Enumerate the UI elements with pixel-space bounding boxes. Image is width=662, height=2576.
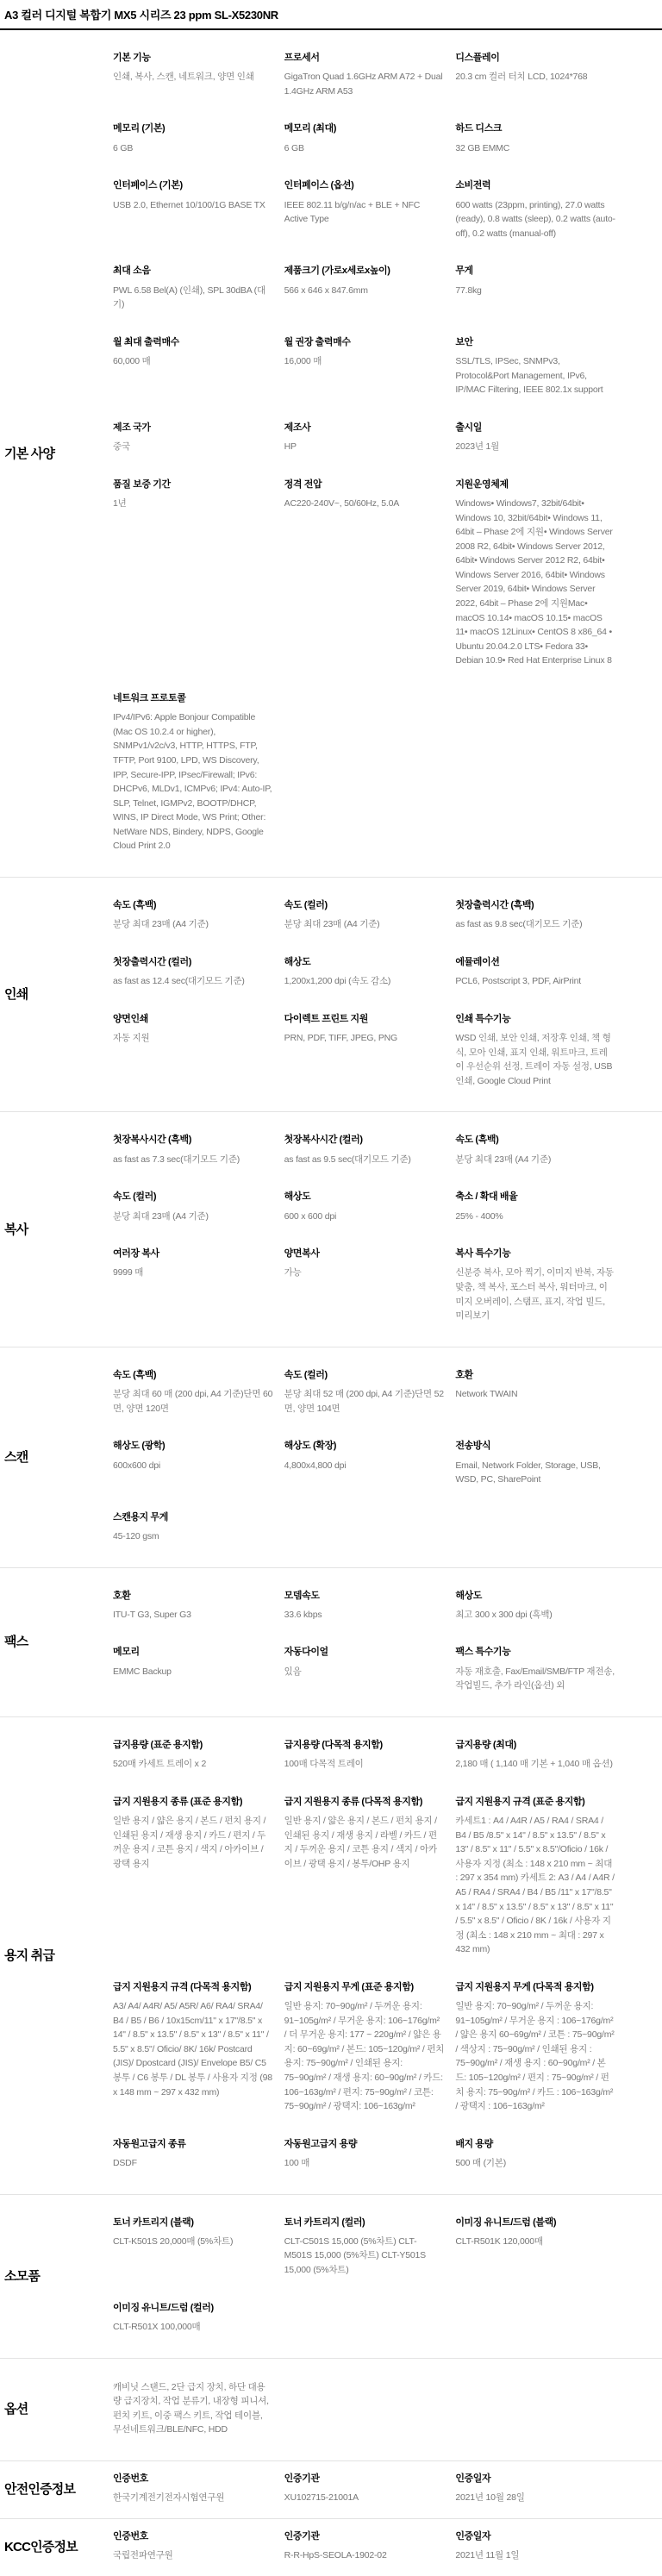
spec-row: 급지용량 (표준 용지함)520매 카세트 트레이 x 2급지용량 (다목적 용… bbox=[113, 1739, 615, 1772]
spec-label: 인쇄 특수기능 bbox=[455, 1013, 615, 1025]
spec-row: 인증번호한국기계전기전자시험연구원인증기관XU102715-21001A인증일자… bbox=[113, 2473, 615, 2505]
section-content-paper-handling: 급지용량 (표준 용지함)520매 카세트 트레이 x 2급지용량 (다목적 용… bbox=[113, 1739, 662, 2171]
spec-item: 정격 전압AC220-240V~, 50/60Hz, 5.0A bbox=[284, 478, 445, 668]
spec-value: 6 GB bbox=[284, 141, 445, 156]
spec-row: 자동원고급지 종류DSDF자동원고급지 용량100 매배지 용량500 매 (기… bbox=[113, 2138, 615, 2171]
section-title-scan: 스캔 bbox=[0, 1447, 113, 1466]
page-title: A3 컬러 디지털 복합기 MX5 시리즈 23 ppm SL-X5230NR bbox=[4, 6, 657, 22]
spec-label: 제조 국가 bbox=[113, 422, 273, 434]
spec-value: HP bbox=[284, 440, 445, 454]
spec-value: 분당 최대 52 매 (200 dpi, A4 기준)단면 52 면, 양면 1… bbox=[284, 1387, 445, 1416]
spec-row: 품질 보증 기간1년정격 전압AC220-240V~, 50/60Hz, 5.0… bbox=[113, 478, 615, 668]
spec-item: 디스플레이20.3 cm 컬러 터치 LCD, 1024*768 bbox=[455, 52, 615, 98]
spec-value: 2,180 매 ( 1,140 매 기본 + 1,040 매 옵션) bbox=[455, 1757, 615, 1772]
spec-label: 정격 전압 bbox=[284, 478, 445, 491]
spec-item: 첫장출력시간 (흑백)as fast as 9.8 sec(대기모드 기준) bbox=[455, 899, 615, 932]
spec-value: 520매 카세트 트레이 x 2 bbox=[113, 1757, 273, 1772]
spec-label: 복사 특수기능 bbox=[455, 1247, 615, 1260]
spec-item: 인터페이스 (기본)USB 2.0, Ethernet 10/100/1G BA… bbox=[113, 179, 273, 241]
spec-item: 급지용량 (다목적 용지함)100매 다목적 트레이 bbox=[284, 1739, 445, 1772]
spec-label: 인증번호 bbox=[113, 2473, 273, 2485]
spec-label: 메모리 bbox=[113, 1646, 273, 1658]
spec-value: 25% - 400% bbox=[455, 1210, 615, 1224]
spec-item: 속도 (흑백)분당 최대 23매 (A4 기준) bbox=[113, 899, 273, 932]
spec-label: 인증번호 bbox=[113, 2530, 273, 2542]
spec-value: 있음 bbox=[284, 1665, 445, 1679]
spec-item: 지원운영체제Windows• Windows7, 32bit/64bit• Wi… bbox=[455, 478, 615, 668]
spec-label: 보안 bbox=[455, 336, 615, 348]
spec-item: 캐비닛 스탠드, 2단 급지 장치, 하단 대용량 급지장치, 작업 분류기, … bbox=[113, 2380, 273, 2437]
spec-label: 급지 지원용지 종류 (다목적 용지함) bbox=[284, 1796, 445, 1808]
spec-item: 자동원고급지 용량100 매 bbox=[284, 2138, 445, 2171]
spec-label: 급지 지원용지 종류 (표준 용지함) bbox=[113, 1796, 273, 1808]
spec-item: 에뮬레이션PCL6, Postscript 3, PDF, AirPrint bbox=[455, 956, 615, 989]
spec-value: ITU-T G3, Super G3 bbox=[113, 1608, 273, 1623]
spec-value: GigaTron Quad 1.6GHz ARM A72 + Dual 1.4G… bbox=[284, 70, 445, 98]
spec-label: 첫장복사시간 (흑백) bbox=[113, 1134, 273, 1146]
spec-label: 지원운영체제 bbox=[455, 478, 615, 491]
spec-label: 자동원고급지 용량 bbox=[284, 2138, 445, 2150]
spec-value: SSL/TLS, IPSec, SNMPv3, Protocol&Port Ma… bbox=[455, 354, 615, 397]
section-scan: 스캔속도 (흑백)분당 최대 60 매 (200 dpi, A4 기준)단면 6… bbox=[0, 1347, 662, 1567]
spec-item: 급지용량 (표준 용지함)520매 카세트 트레이 x 2 bbox=[113, 1739, 273, 1772]
spec-value: 국립전파연구원 bbox=[113, 2548, 273, 2563]
spec-value: 일반 용지: 70~90g/m² / 두꺼운 용지: 91~105g/m² / … bbox=[455, 1999, 615, 2114]
section-title-paper-handling: 용지 취급 bbox=[0, 1946, 113, 1964]
spec-value: 한국기계전기전자시험연구원 bbox=[113, 2491, 273, 2505]
spec-label: 호환 bbox=[113, 1590, 273, 1602]
spec-value: R-R-HpS-SEOLA-1902-02 bbox=[284, 2548, 445, 2563]
spec-value: 32 GB EMMC bbox=[455, 141, 615, 156]
spec-value: as fast as 9.5 sec(대기모드 기준) bbox=[284, 1153, 445, 1167]
spec-label: 해상도 bbox=[284, 956, 445, 968]
spec-label: 다이렉트 프린트 지원 bbox=[284, 1013, 445, 1025]
spec-value: 100 매 bbox=[284, 2156, 445, 2171]
spec-label: 급지 지원용지 무게 (표준 용지함) bbox=[284, 1981, 445, 1993]
spec-item: 출시일2023년 1월 bbox=[455, 422, 615, 454]
spec-value: 600 watts (23ppm, printing), 27.0 watts … bbox=[455, 198, 615, 241]
section-content-fax: 호환ITU-T G3, Super G3모뎀속도33.6 kbps해상도최고 3… bbox=[113, 1590, 662, 1693]
spec-value: XU102715-21001A bbox=[284, 2491, 445, 2505]
spec-item: 제조 국가중국 bbox=[113, 422, 273, 454]
section-title-fax: 팩스 bbox=[0, 1632, 113, 1650]
spec-value: IEEE 802.11 b/g/n/ac + BLE + NFC Active … bbox=[284, 198, 445, 227]
spec-label: 첫장출력시간 (흑백) bbox=[455, 899, 615, 911]
spec-value: DSDF bbox=[113, 2156, 273, 2171]
spec-label: 스캔용지 무게 bbox=[113, 1511, 273, 1523]
spec-value: as fast as 7.3 sec(대기모드 기준) bbox=[113, 1153, 273, 1167]
spec-item: 급지 지원용지 규격 (다목적 용지함)A3/ A4/ A4R/ A5/ A5R… bbox=[113, 1981, 273, 2114]
section-content-basic-specs: 기본 기능인쇄, 복사, 스캔, 네트워크, 양면 인쇄프로세서GigaTron… bbox=[113, 52, 662, 853]
spec-item: 속도 (컬러)분당 최대 23매 (A4 기준) bbox=[284, 899, 445, 932]
spec-item: 속도 (흑백)분당 최대 23매 (A4 기준) bbox=[455, 1134, 615, 1166]
spec-item: 다이렉트 프린트 지원PRN, PDF, TIFF, JPEG, PNG bbox=[284, 1013, 445, 1089]
section-fax: 팩스호환ITU-T G3, Super G3모뎀속도33.6 kbps해상도최고… bbox=[0, 1567, 662, 1716]
spec-label: 제조사 bbox=[284, 422, 445, 434]
spec-value: 가능 bbox=[284, 1266, 445, 1280]
spec-item: 축소 / 확대 배율25% - 400% bbox=[455, 1191, 615, 1223]
spec-value: 신분증 복사, 모아 찍기, 이미지 반복, 자동 맞춤, 책 복사, 포스터 … bbox=[455, 1266, 615, 1322]
section-content-kcc-cert: 인증번호국립전파연구원인증기관R-R-HpS-SEOLA-1902-02인증일자… bbox=[113, 2530, 662, 2563]
spec-label: 속도 (컬러) bbox=[284, 899, 445, 911]
spec-item: 보안SSL/TLS, IPSec, SNMPv3, Protocol&Port … bbox=[455, 336, 615, 397]
spec-item: 급지 지원용지 규격 (표준 용지함)카세트1 : A4 / A4R / A5 … bbox=[455, 1796, 615, 1957]
spec-label: 해상도 (광학) bbox=[113, 1440, 273, 1452]
spec-value: 분당 최대 23매 (A4 기준) bbox=[113, 917, 273, 932]
spec-row: 첫장복사시간 (흑백)as fast as 7.3 sec(대기모드 기준)첫장… bbox=[113, 1134, 615, 1166]
spec-row: 메모리EMMC Backup자동다이얼있음팩스 특수기능자동 재호출, Fax/… bbox=[113, 1646, 615, 1692]
spec-item: 자동원고급지 종류DSDF bbox=[113, 2138, 273, 2171]
spec-label: 토너 카트리지 (컬러) bbox=[284, 2216, 445, 2229]
spec-value: Windows• Windows7, 32bit/64bit• Windows … bbox=[455, 497, 615, 668]
spec-label: 소비전력 bbox=[455, 179, 615, 191]
section-title-safety-cert: 안전인증정보 bbox=[0, 2479, 113, 2498]
spec-value: 2021년 11월 1일 bbox=[455, 2548, 615, 2563]
spec-item: 최대 소음PWL 6.58 Bel(A) (인쇄), SPL 30dBA (대기… bbox=[113, 265, 273, 311]
spec-row: 속도 (흑백)분당 최대 60 매 (200 dpi, A4 기준)단면 60 … bbox=[113, 1369, 615, 1416]
spec-row: 메모리 (기본)6 GB메모리 (최대)6 GB하드 디스크32 GB EMMC bbox=[113, 122, 615, 155]
spec-value: 캐비닛 스탠드, 2단 급지 장치, 하단 대용량 급지장치, 작업 분류기, … bbox=[113, 2380, 273, 2437]
spec-item: 무게77.8kg bbox=[455, 265, 615, 311]
spec-item: 월 권장 출력매수16,000 매 bbox=[284, 336, 445, 397]
spec-value: 2021년 10월 28일 bbox=[455, 2491, 615, 2505]
spec-value: 4,800x4,800 dpi bbox=[284, 1459, 445, 1473]
spec-label: 메모리 (최대) bbox=[284, 122, 445, 134]
spec-label: 이미징 유니트/드럼 (블랙) bbox=[455, 2216, 615, 2229]
spec-item: 해상도1,200x1,200 dpi (속도 감소) bbox=[284, 956, 445, 989]
spec-value: CLT-K501S 20,000매 (5%차트) bbox=[113, 2235, 273, 2249]
section-content-scan: 속도 (흑백)분당 최대 60 매 (200 dpi, A4 기준)단면 60 … bbox=[113, 1369, 662, 1544]
spec-item: 급지 지원용지 무게 (표준 용지함)일반 용지: 70~90g/m² / 두꺼… bbox=[284, 1981, 445, 2114]
spec-item: 호환ITU-T G3, Super G3 bbox=[113, 1590, 273, 1623]
spec-item: 양면인쇄자동 지원 bbox=[113, 1013, 273, 1089]
spec-row: 여러장 복사9999 매양면복사가능복사 특수기능신분증 복사, 모아 찍기, … bbox=[113, 1247, 615, 1323]
spec-value: Email, Network Folder, Storage, USB, WSD… bbox=[455, 1459, 615, 1487]
section-content-consumables: 토너 카트리지 (블랙)CLT-K501S 20,000매 (5%차트)토너 카… bbox=[113, 2216, 662, 2335]
spec-label: 기본 기능 bbox=[113, 52, 273, 64]
spec-item: 품질 보증 기간1년 bbox=[113, 478, 273, 668]
spec-value: AC220-240V~, 50/60Hz, 5.0A bbox=[284, 497, 445, 511]
spec-label: 속도 (컬러) bbox=[113, 1191, 273, 1203]
section-title-print: 인쇄 bbox=[0, 985, 113, 1003]
spec-row: 이미징 유니트/드럼 (컬러)CLT-R501X 100,000매 bbox=[113, 2302, 615, 2335]
spec-row: 토너 카트리지 (블랙)CLT-K501S 20,000매 (5%차트)토너 카… bbox=[113, 2216, 615, 2278]
spec-label: 급지 지원용지 규격 (표준 용지함) bbox=[455, 1796, 615, 1808]
spec-label: 양면복사 bbox=[284, 1247, 445, 1260]
spec-label: 인터페이스 (옵션) bbox=[284, 179, 445, 191]
spec-value: 분당 최대 60 매 (200 dpi, A4 기준)단면 60 면, 양면 1… bbox=[113, 1387, 273, 1416]
spec-value: 분당 최대 23매 (A4 기준) bbox=[455, 1153, 615, 1167]
spec-item: 양면복사가능 bbox=[284, 1247, 445, 1323]
section-title-options: 옵션 bbox=[0, 2399, 113, 2417]
spec-label: 첫장출력시간 (컬러) bbox=[113, 956, 273, 968]
spec-value: CLT-C501S 15,000 (5%차트) CLT-M501S 15,000… bbox=[284, 2235, 445, 2278]
spec-item: 속도 (컬러)분당 최대 52 매 (200 dpi, A4 기준)단면 52 … bbox=[284, 1369, 445, 1416]
spec-value: 33.6 kbps bbox=[284, 1608, 445, 1623]
spec-label: 급지용량 (표준 용지함) bbox=[113, 1739, 273, 1751]
spec-row: 네트워크 프로토콜IPv4/IPv6: Apple Bonjour Compat… bbox=[113, 692, 615, 853]
spec-label: 해상도 bbox=[284, 1191, 445, 1203]
spec-row: 해상도 (광학)600x600 dpi해상도 (확장)4,800x4,800 d… bbox=[113, 1440, 615, 1486]
spec-item: 메모리 (기본)6 GB bbox=[113, 122, 273, 155]
spec-item: 속도 (컬러)분당 최대 23매 (A4 기준) bbox=[113, 1191, 273, 1223]
spec-value: 600 x 600 dpi bbox=[284, 1210, 445, 1224]
spec-value: 자동 재호출, Fax/Email/SMB/FTP 재전송, 작업빌드, 추가 … bbox=[455, 1665, 615, 1693]
spec-item: 모뎀속도33.6 kbps bbox=[284, 1590, 445, 1623]
spec-row: 속도 (흑백)분당 최대 23매 (A4 기준)속도 (컬러)분당 최대 23매… bbox=[113, 899, 615, 932]
spec-row: 호환ITU-T G3, Super G3모뎀속도33.6 kbps해상도최고 3… bbox=[113, 1590, 615, 1623]
spec-page: A3 컬러 디지털 복합기 MX5 시리즈 23 ppm SL-X5230NR … bbox=[0, 0, 662, 2576]
spec-value: WSD 인쇄, 보안 인쇄, 저장후 인쇄, 책 형식, 모아 인쇄, 표지 인… bbox=[455, 1031, 615, 1088]
spec-item: 월 최대 출력매수60,000 매 bbox=[113, 336, 273, 397]
spec-value: 분당 최대 23매 (A4 기준) bbox=[113, 1210, 273, 1224]
spec-value: 인쇄, 복사, 스캔, 네트워크, 양면 인쇄 bbox=[113, 70, 273, 84]
spec-value: 16,000 매 bbox=[284, 354, 445, 369]
spec-row: 첫장출력시간 (컬러)as fast as 12.4 sec(대기모드 기준)해… bbox=[113, 956, 615, 989]
spec-label: 프로세서 bbox=[284, 52, 445, 64]
spec-label: 자동다이얼 bbox=[284, 1646, 445, 1658]
spec-value: 중국 bbox=[113, 440, 273, 454]
section-title-kcc-cert: KCC인증정보 bbox=[0, 2537, 113, 2555]
spec-item: 네트워크 프로토콜IPv4/IPv6: Apple Bonjour Compat… bbox=[113, 692, 273, 853]
spec-label: 첫장복사시간 (컬러) bbox=[284, 1134, 445, 1146]
spec-value: A3/ A4/ A4R/ A5/ A5R/ A6/ RA4/ SRA4/ B4 … bbox=[113, 1999, 273, 2099]
spec-label: 출시일 bbox=[455, 422, 615, 434]
spec-label: 최대 소음 bbox=[113, 265, 273, 277]
spec-row: 기본 기능인쇄, 복사, 스캔, 네트워크, 양면 인쇄프로세서GigaTron… bbox=[113, 52, 615, 98]
spec-item: 이미징 유니트/드럼 (컬러)CLT-R501X 100,000매 bbox=[113, 2302, 273, 2335]
spec-value: USB 2.0, Ethernet 10/100/1G BASE TX bbox=[113, 198, 273, 213]
spec-row: 스캔용지 무게45-120 gsm bbox=[113, 1511, 615, 1544]
spec-value: 566 x 646 x 847.6mm bbox=[284, 284, 445, 298]
spec-item: 인증일자2021년 11월 1일 bbox=[455, 2530, 615, 2563]
spec-row: 월 최대 출력매수60,000 매월 권장 출력매수16,000 매보안SSL/… bbox=[113, 336, 615, 397]
spec-value: 1,200x1,200 dpi (속도 감소) bbox=[284, 974, 445, 989]
spec-value: as fast as 9.8 sec(대기모드 기준) bbox=[455, 917, 615, 932]
spec-row: 최대 소음PWL 6.58 Bel(A) (인쇄), SPL 30dBA (대기… bbox=[113, 265, 615, 311]
spec-item: 해상도 (광학)600x600 dpi bbox=[113, 1440, 273, 1486]
spec-table: 기본 사양기본 기능인쇄, 복사, 스캔, 네트워크, 양면 인쇄프로세서Gig… bbox=[0, 30, 662, 2576]
spec-label: 인증기관 bbox=[284, 2530, 445, 2542]
spec-row: 인증번호국립전파연구원인증기관R-R-HpS-SEOLA-1902-02인증일자… bbox=[113, 2530, 615, 2563]
spec-item: 급지용량 (최대)2,180 매 ( 1,140 매 기본 + 1,040 매 … bbox=[455, 1739, 615, 1772]
spec-label: 급지용량 (최대) bbox=[455, 1739, 615, 1751]
spec-row: 속도 (컬러)분당 최대 23매 (A4 기준)해상도600 x 600 dpi… bbox=[113, 1191, 615, 1223]
section-content-options: 캐비닛 스탠드, 2단 급지 장치, 하단 대용량 급지장치, 작업 분류기, … bbox=[113, 2380, 662, 2437]
spec-label: 해상도 bbox=[455, 1590, 615, 1602]
spec-item: 소비전력600 watts (23ppm, printing), 27.0 wa… bbox=[455, 179, 615, 241]
section-title-copy: 복사 bbox=[0, 1220, 113, 1238]
spec-item: 여러장 복사9999 매 bbox=[113, 1247, 273, 1323]
section-options: 옵션캐비닛 스탠드, 2단 급지 장치, 하단 대용량 급지장치, 작업 분류기… bbox=[0, 2358, 662, 2460]
spec-item: 토너 카트리지 (블랙)CLT-K501S 20,000매 (5%차트) bbox=[113, 2216, 273, 2278]
spec-item: 속도 (흑백)분당 최대 60 매 (200 dpi, A4 기준)단면 60 … bbox=[113, 1369, 273, 1416]
spec-item: 인증기관XU102715-21001A bbox=[284, 2473, 445, 2505]
spec-value: 1년 bbox=[113, 497, 273, 511]
spec-value: 카세트1 : A4 / A4R / A5 / RA4 / SRA4 / B4 /… bbox=[455, 1814, 615, 1957]
spec-value: PCL6, Postscript 3, PDF, AirPrint bbox=[455, 974, 615, 989]
spec-item: 기본 기능인쇄, 복사, 스캔, 네트워크, 양면 인쇄 bbox=[113, 52, 273, 98]
spec-item: 인증기관R-R-HpS-SEOLA-1902-02 bbox=[284, 2530, 445, 2563]
spec-label: 이미징 유니트/드럼 (컬러) bbox=[113, 2302, 273, 2314]
spec-value: 600x600 dpi bbox=[113, 1459, 273, 1473]
spec-item: 제조사HP bbox=[284, 422, 445, 454]
spec-value: Network TWAIN bbox=[455, 1387, 615, 1402]
spec-label: 축소 / 확대 배율 bbox=[455, 1191, 615, 1203]
spec-value: 최고 300 x 300 dpi (흑백) bbox=[455, 1608, 615, 1623]
spec-row: 인터페이스 (기본)USB 2.0, Ethernet 10/100/1G BA… bbox=[113, 179, 615, 241]
spec-label: 제품크기 (가로x세로x높이) bbox=[284, 265, 445, 277]
spec-value: 2023년 1월 bbox=[455, 440, 615, 454]
spec-label: 속도 (흑백) bbox=[455, 1134, 615, 1146]
spec-item: 첫장복사시간 (컬러)as fast as 9.5 sec(대기모드 기준) bbox=[284, 1134, 445, 1166]
spec-label: 모뎀속도 bbox=[284, 1590, 445, 1602]
spec-label: 인터페이스 (기본) bbox=[113, 179, 273, 191]
spec-value: IPv4/IPv6: Apple Bonjour Compatible (Mac… bbox=[113, 710, 273, 853]
spec-row: 급지 지원용지 종류 (표준 용지함)일반 용지 / 얇은 용지 / 본드 / … bbox=[113, 1796, 615, 1957]
spec-label: 속도 (흑백) bbox=[113, 899, 273, 911]
spec-label: 품질 보증 기간 bbox=[113, 478, 273, 491]
spec-row: 제조 국가중국제조사HP출시일2023년 1월 bbox=[113, 422, 615, 454]
spec-item: 첫장복사시간 (흑백)as fast as 7.3 sec(대기모드 기준) bbox=[113, 1134, 273, 1166]
spec-item: 하드 디스크32 GB EMMC bbox=[455, 122, 615, 155]
spec-item: 메모리 (최대)6 GB bbox=[284, 122, 445, 155]
section-kcc-cert: KCC인증정보인증번호국립전파연구원인증기관R-R-HpS-SEOLA-1902… bbox=[0, 2518, 662, 2576]
spec-label: 하드 디스크 bbox=[455, 122, 615, 134]
spec-label: 급지 지원용지 무게 (다목적 용지함) bbox=[455, 1981, 615, 1993]
section-title-consumables: 소모품 bbox=[0, 2267, 113, 2285]
spec-item: 복사 특수기능신분증 복사, 모아 찍기, 이미지 반복, 자동 맞춤, 책 복… bbox=[455, 1247, 615, 1323]
spec-value: 6 GB bbox=[113, 141, 273, 156]
spec-item: 급지 지원용지 종류 (표준 용지함)일반 용지 / 얇은 용지 / 본드 / … bbox=[113, 1796, 273, 1957]
spec-item: 인증번호국립전파연구원 bbox=[113, 2530, 273, 2563]
section-content-safety-cert: 인증번호한국기계전기전자시험연구원인증기관XU102715-21001A인증일자… bbox=[113, 2473, 662, 2505]
spec-value: 60,000 매 bbox=[113, 354, 273, 369]
spec-value: PWL 6.58 Bel(A) (인쇄), SPL 30dBA (대기) bbox=[113, 284, 273, 312]
spec-value: 자동 지원 bbox=[113, 1031, 273, 1046]
spec-label: 디스플레이 bbox=[455, 52, 615, 64]
spec-label: 에뮬레이션 bbox=[455, 956, 615, 968]
section-copy: 복사첫장복사시간 (흑백)as fast as 7.3 sec(대기모드 기준)… bbox=[0, 1111, 662, 1346]
section-basic-specs: 기본 사양기본 기능인쇄, 복사, 스캔, 네트워크, 양면 인쇄프로세서Gig… bbox=[0, 30, 662, 877]
section-content-copy: 첫장복사시간 (흑백)as fast as 7.3 sec(대기모드 기준)첫장… bbox=[113, 1134, 662, 1322]
spec-value: 9999 매 bbox=[113, 1266, 273, 1280]
spec-label: 급지 지원용지 규격 (다목적 용지함) bbox=[113, 1981, 273, 1993]
section-safety-cert: 안전인증정보인증번호한국기계전기전자시험연구원인증기관XU102715-2100… bbox=[0, 2460, 662, 2518]
spec-row: 양면인쇄자동 지원다이렉트 프린트 지원PRN, PDF, TIFF, JPEG… bbox=[113, 1013, 615, 1089]
spec-item: 해상도600 x 600 dpi bbox=[284, 1191, 445, 1223]
spec-value: CLT-R501X 100,000매 bbox=[113, 2320, 273, 2335]
spec-value: 분당 최대 23매 (A4 기준) bbox=[284, 917, 445, 932]
spec-label: 인증일자 bbox=[455, 2530, 615, 2542]
spec-label: 급지용량 (다목적 용지함) bbox=[284, 1739, 445, 1751]
spec-item: 해상도최고 300 x 300 dpi (흑백) bbox=[455, 1590, 615, 1623]
spec-label: 자동원고급지 종류 bbox=[113, 2138, 273, 2150]
spec-row: 급지 지원용지 규격 (다목적 용지함)A3/ A4/ A4R/ A5/ A5R… bbox=[113, 1981, 615, 2114]
spec-value: 일반 용지 / 얇은 용지 / 본드 / 펀치 용지 / 인쇄된 용지 / 재생… bbox=[113, 1814, 273, 1871]
spec-item: 토너 카트리지 (컬러)CLT-C501S 15,000 (5%차트) CLT-… bbox=[284, 2216, 445, 2278]
section-title-basic-specs: 기본 사양 bbox=[0, 444, 113, 462]
spec-label: 메모리 (기본) bbox=[113, 122, 273, 134]
spec-item: 전송방식Email, Network Folder, Storage, USB,… bbox=[455, 1440, 615, 1486]
spec-value: CLT-R501K 120,000매 bbox=[455, 2235, 615, 2249]
spec-item: 인증일자2021년 10월 28일 bbox=[455, 2473, 615, 2505]
spec-row: 캐비닛 스탠드, 2단 급지 장치, 하단 대용량 급지장치, 작업 분류기, … bbox=[113, 2380, 615, 2437]
spec-item: 제품크기 (가로x세로x높이)566 x 646 x 847.6mm bbox=[284, 265, 445, 311]
spec-label: 월 최대 출력매수 bbox=[113, 336, 273, 348]
spec-item: 메모리EMMC Backup bbox=[113, 1646, 273, 1692]
spec-value: as fast as 12.4 sec(대기모드 기준) bbox=[113, 974, 273, 989]
spec-item: 인증번호한국기계전기전자시험연구원 bbox=[113, 2473, 273, 2505]
spec-label: 팩스 특수기능 bbox=[455, 1646, 615, 1658]
spec-value: PRN, PDF, TIFF, JPEG, PNG bbox=[284, 1031, 445, 1046]
spec-value: 77.8kg bbox=[455, 284, 615, 298]
spec-value: 500 매 (기본) bbox=[455, 2156, 615, 2171]
spec-item: 호환Network TWAIN bbox=[455, 1369, 615, 1416]
spec-label: 양면인쇄 bbox=[113, 1013, 273, 1025]
spec-label: 속도 (컬러) bbox=[284, 1369, 445, 1381]
spec-value: 일반 용지: 70~90g/m² / 두꺼운 용지: 91~105g/m² / … bbox=[284, 1999, 445, 2114]
spec-label: 인증일자 bbox=[455, 2473, 615, 2485]
spec-label: 무게 bbox=[455, 265, 615, 277]
spec-value: 100매 다목적 트레이 bbox=[284, 1757, 445, 1772]
page-header: A3 컬러 디지털 복합기 MX5 시리즈 23 ppm SL-X5230NR bbox=[0, 0, 662, 30]
spec-item: 인터페이스 (옵션)IEEE 802.11 b/g/n/ac + BLE + N… bbox=[284, 179, 445, 241]
spec-item: 스캔용지 무게45-120 gsm bbox=[113, 1511, 273, 1544]
spec-label: 전송방식 bbox=[455, 1440, 615, 1452]
spec-item: 인쇄 특수기능WSD 인쇄, 보안 인쇄, 저장후 인쇄, 책 형식, 모아 인… bbox=[455, 1013, 615, 1089]
spec-label: 배지 용량 bbox=[455, 2138, 615, 2150]
spec-label: 인증기관 bbox=[284, 2473, 445, 2485]
spec-label: 호환 bbox=[455, 1369, 615, 1381]
section-consumables: 소모품토너 카트리지 (블랙)CLT-K501S 20,000매 (5%차트)토… bbox=[0, 2194, 662, 2358]
spec-value: 일반 용지 / 얇은 용지 / 본드 / 펀치 용지 / 인쇄된 용지 / 재생… bbox=[284, 1814, 445, 1871]
spec-label: 월 권장 출력매수 bbox=[284, 336, 445, 348]
section-content-print: 속도 (흑백)분당 최대 23매 (A4 기준)속도 (컬러)분당 최대 23매… bbox=[113, 899, 662, 1088]
spec-label: 네트워크 프로토콜 bbox=[113, 692, 273, 704]
spec-value: 20.3 cm 컬러 터치 LCD, 1024*768 bbox=[455, 70, 615, 84]
spec-value: 45-120 gsm bbox=[113, 1529, 273, 1544]
spec-item: 자동다이얼있음 bbox=[284, 1646, 445, 1692]
spec-value: EMMC Backup bbox=[113, 1665, 273, 1679]
spec-item: 급지 지원용지 무게 (다목적 용지함)일반 용지: 70~90g/m² / 두… bbox=[455, 1981, 615, 2114]
spec-item: 프로세서GigaTron Quad 1.6GHz ARM A72 + Dual … bbox=[284, 52, 445, 98]
spec-item: 급지 지원용지 종류 (다목적 용지함)일반 용지 / 얇은 용지 / 본드 /… bbox=[284, 1796, 445, 1957]
section-print: 인쇄속도 (흑백)분당 최대 23매 (A4 기준)속도 (컬러)분당 최대 2… bbox=[0, 877, 662, 1111]
spec-item: 해상도 (확장)4,800x4,800 dpi bbox=[284, 1440, 445, 1486]
spec-item: 첫장출력시간 (컬러)as fast as 12.4 sec(대기모드 기준) bbox=[113, 956, 273, 989]
spec-label: 여러장 복사 bbox=[113, 1247, 273, 1260]
spec-item: 팩스 특수기능자동 재호출, Fax/Email/SMB/FTP 재전송, 작업… bbox=[455, 1646, 615, 1692]
spec-label: 해상도 (확장) bbox=[284, 1440, 445, 1452]
spec-label: 토너 카트리지 (블랙) bbox=[113, 2216, 273, 2229]
spec-item: 배지 용량500 매 (기본) bbox=[455, 2138, 615, 2171]
spec-item: 이미징 유니트/드럼 (블랙)CLT-R501K 120,000매 bbox=[455, 2216, 615, 2278]
section-paper-handling: 용지 취급급지용량 (표준 용지함)520매 카세트 트레이 x 2급지용량 (… bbox=[0, 1716, 662, 2194]
spec-label: 속도 (흑백) bbox=[113, 1369, 273, 1381]
